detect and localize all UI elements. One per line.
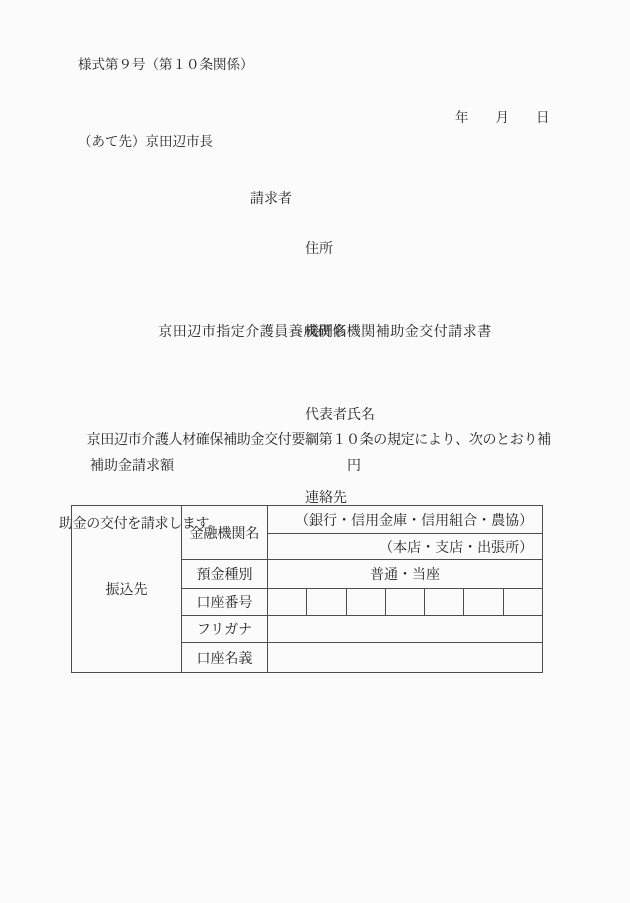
furigana-label: フリガナ xyxy=(182,616,268,643)
account-number-digit-cell xyxy=(464,589,503,616)
furigana-value-cell xyxy=(268,616,543,643)
document-title: 京田辺市指定介護員養成研修機関補助金交付請求書 xyxy=(0,321,630,341)
date-line: 年 月 日 xyxy=(455,106,550,126)
account-number-digit-cell xyxy=(503,589,542,616)
account-number-digit-cell xyxy=(385,589,424,616)
claimant-field-address: 住所 xyxy=(305,236,375,264)
account-number-digit-cell xyxy=(268,589,307,616)
account-number-digit-cell xyxy=(346,589,385,616)
account-name-label: 口座名義 xyxy=(182,643,268,673)
bank-type-options: （銀行・信用金庫・信用組合・農協） xyxy=(268,506,543,534)
transfer-destination-label: 振込先 xyxy=(72,506,182,673)
body-line-1: 京田辺市介護人材確保補助金交付要綱第１０条の規定により、次のとおり補 xyxy=(59,427,571,455)
currency-unit-label: 円 xyxy=(347,455,361,475)
account-number-digit-cell xyxy=(425,589,464,616)
account-number-digit-cell xyxy=(307,589,346,616)
branch-type-options: （本店・支店・出張所） xyxy=(268,534,543,560)
account-name-value-cell xyxy=(268,643,543,673)
financial-institution-label: 金融機関名 xyxy=(182,506,268,560)
deposit-type-options: 普通・当座 xyxy=(268,560,543,589)
document-page: 様式第９号（第１０条関係） 年 月 日 （あて先）京田辺市長 請求者 住所 機関… xyxy=(0,0,630,903)
addressee-line: （あて先）京田辺市長 xyxy=(78,130,213,150)
claimant-label: 請求者 xyxy=(250,188,292,208)
deposit-type-label: 預金種別 xyxy=(182,560,268,589)
account-number-label: 口座番号 xyxy=(182,589,268,616)
subsidy-amount-label: 補助金請求額 xyxy=(90,455,174,475)
form-number: 様式第９号（第１０条関係） xyxy=(78,53,254,73)
transfer-destination-table: 振込先 金融機関名 （銀行・信用金庫・信用組合・農協） （本店・支店・出張所） … xyxy=(71,505,543,673)
